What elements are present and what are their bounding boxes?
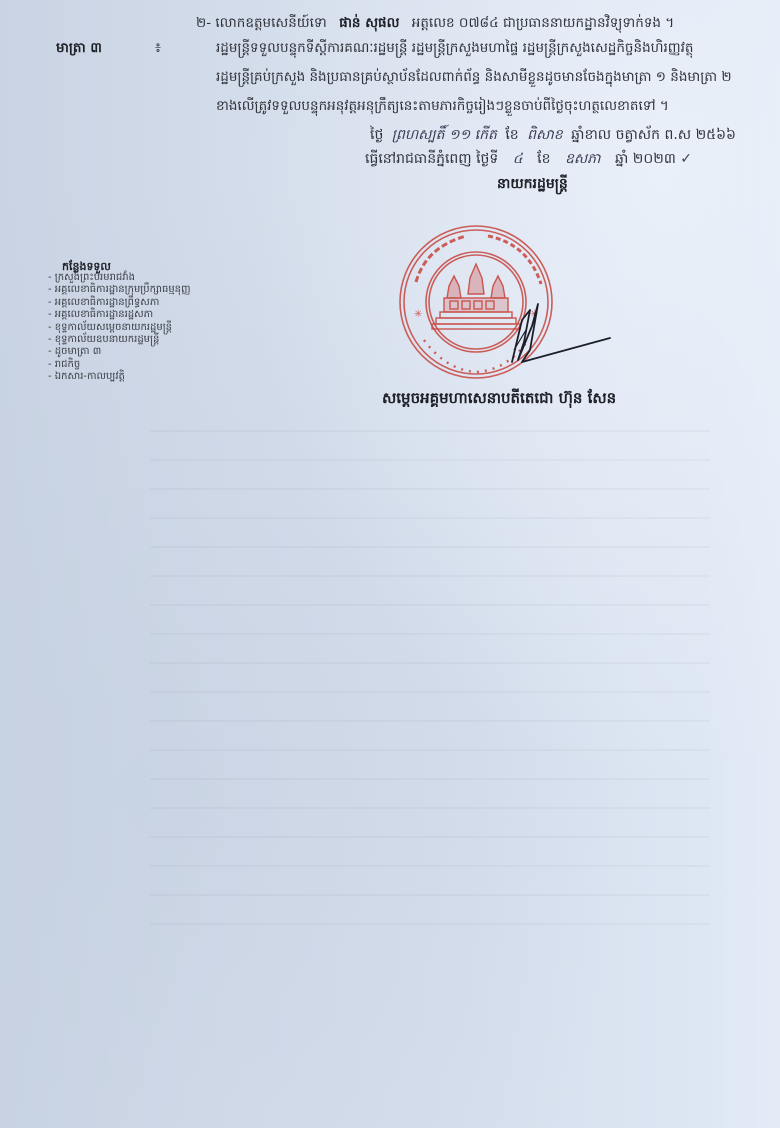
cc-recipient: អគ្គលេខាធិការដ្ឋានព្រឹទ្ធសភា xyxy=(48,297,191,309)
lunar-month-label: ខែ xyxy=(505,127,518,143)
cc-recipient-list: ក្រសួងព្រះបរមរាជវាំង អគ្គលេខាធិការដ្ឋានក… xyxy=(48,272,191,384)
signature-icon xyxy=(500,290,620,370)
month-label: ខែ xyxy=(537,151,550,167)
check-mark-icon: ✓ xyxy=(680,151,692,167)
year: ឆ្នាំ ២០២៣ xyxy=(615,151,676,167)
lunar-month-handwritten: ពិសាខ xyxy=(527,127,563,143)
prime-minister-title: នាយករដ្ឋមន្ត្រី xyxy=(497,175,568,193)
article-3-colon: ៖ xyxy=(155,39,161,57)
item-2-prefix: ២- លោកឧត្តមសេនីយ៍ទោ xyxy=(196,15,327,31)
item-2-line: ២- លោកឧត្តមសេនីយ៍ទោ ផាន់ សុផល អត្តលេខ ០៧… xyxy=(196,14,674,32)
day-handwritten: ៤ xyxy=(513,151,523,167)
place-date-line: ធ្វើនៅរាជធានីភ្នំពេញ ថ្ងៃទី ៤ ខែ ឧសភា ឆ្… xyxy=(365,150,692,168)
item-2-rest: អត្តលេខ ០៧៨៤ ជាប្រធាននាយកដ្ឋានវិទ្យុទាក់… xyxy=(412,15,674,31)
lunar-date-prefix: ថ្ងៃ xyxy=(370,127,383,143)
document-page: ២- លោកឧត្តមសេនីយ៍ទោ ផាន់ សុផល អត្តលេខ ០៧… xyxy=(0,0,780,1128)
cc-recipient: ខុទ្ទកាល័យសម្តេចនាយករដ្ឋមន្ត្រី xyxy=(48,322,191,334)
cc-recipient: រាជកិច្ច xyxy=(48,359,191,371)
lunar-date-line: ថ្ងៃ ព្រហស្បតិ៍ ១១ កើត ខែ ពិសាខ ឆ្នាំខាល… xyxy=(370,126,736,144)
svg-text:✳: ✳ xyxy=(414,309,422,320)
cc-recipient: ឯកសារ-កាលប្បវត្តិ xyxy=(48,371,191,383)
lunar-day-handwritten: ព្រហស្បតិ៍ ១១ កើត xyxy=(392,127,497,143)
place-date-prefix: ធ្វើនៅរាជធានីភ្នំពេញ ថ្ងៃទី xyxy=(365,151,498,167)
cc-recipient: ដូចមាត្រា ៣ xyxy=(48,346,191,358)
month-handwritten: ឧសភា xyxy=(565,151,601,167)
article-3-label: មាត្រា ៣ xyxy=(56,39,102,57)
cc-recipient: អគ្គលេខាធិការដ្ឋានរដ្ឋសភា xyxy=(48,309,191,321)
cc-recipient: ក្រសួងព្រះបរមរាជវាំង xyxy=(48,272,191,284)
lunar-year: ឆ្នាំខាល ចត្វាស័ក ព.ស ២៥៦៦ xyxy=(571,127,736,143)
article-3-line-2: រដ្ឋមន្ត្រីគ្រប់ក្រសួង និងប្រធានគ្រប់ស្ថ… xyxy=(216,68,732,86)
signer-name: សម្តេចអគ្គមហាសេនាបតីតេជោ ហ៊ុន សែន xyxy=(382,389,616,407)
item-2-name: ផាន់ សុផល xyxy=(339,15,399,31)
paper-bleed-through xyxy=(150,430,710,930)
cc-recipient: អគ្គលេខាធិការដ្ឋានក្រុមប្រឹក្សាធម្មនុញ្ញ xyxy=(48,284,191,296)
article-3-line-3: ខាងលើត្រូវទទួលបន្ទុកអនុវត្តអនុក្រឹត្យនេះ… xyxy=(216,97,669,115)
article-3-line-1: រដ្ឋមន្ត្រីទទួលបន្ទុកទីស្តីការគណៈរដ្ឋមន្… xyxy=(216,39,694,57)
cc-recipient: ខុទ្ទកាល័យឧបនាយករដ្ឋមន្ត្រី xyxy=(48,334,191,346)
